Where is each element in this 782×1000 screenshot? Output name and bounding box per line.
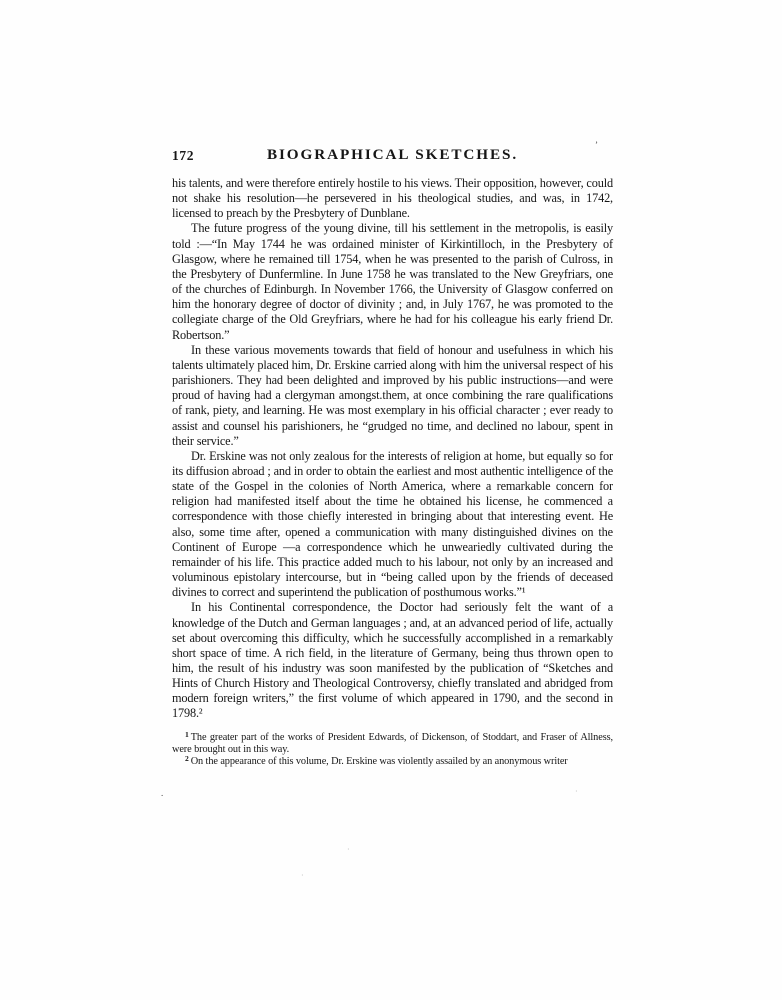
scan-speck: · (575, 788, 578, 796)
body-paragraph-3: In these various movements towards that … (172, 343, 613, 449)
footnote-2: 2On the appearance of this volume, Dr. E… (172, 756, 613, 768)
body-paragraph-1: his talents, and were therefore entirely… (172, 176, 613, 221)
body-paragraph-2: The future progress of the young divine,… (172, 221, 613, 342)
footnote-1-marker: 1 (185, 730, 189, 739)
page-header: 172 BIOGRAPHICAL SKETCHES. (172, 146, 613, 166)
page-body: his talents, and were therefore entirely… (172, 176, 613, 768)
scan-speck: . (161, 789, 163, 798)
footnotes-section: 1The greater part of the works of Presid… (172, 732, 613, 768)
footnote-1-text: The greater part of the works of Preside… (172, 732, 613, 755)
running-head-title: BIOGRAPHICAL SKETCHES. (172, 146, 613, 164)
footnote-1: 1The greater part of the works of Presid… (172, 732, 613, 756)
page-number: 172 (172, 148, 194, 164)
scan-speck: · (347, 846, 350, 854)
body-paragraph-5: In his Continental correspondence, the D… (172, 600, 613, 721)
scan-speck: · (301, 872, 304, 880)
scanned-book-page: 172 BIOGRAPHICAL SKETCHES. his talents, … (0, 0, 782, 1000)
footnote-2-marker: 2 (185, 754, 189, 763)
footnote-2-text: On the appearance of this volume, Dr. Er… (191, 756, 568, 767)
scan-speck: ’ (595, 141, 598, 150)
body-paragraph-4: Dr. Erskine was not only zealous for the… (172, 449, 613, 601)
